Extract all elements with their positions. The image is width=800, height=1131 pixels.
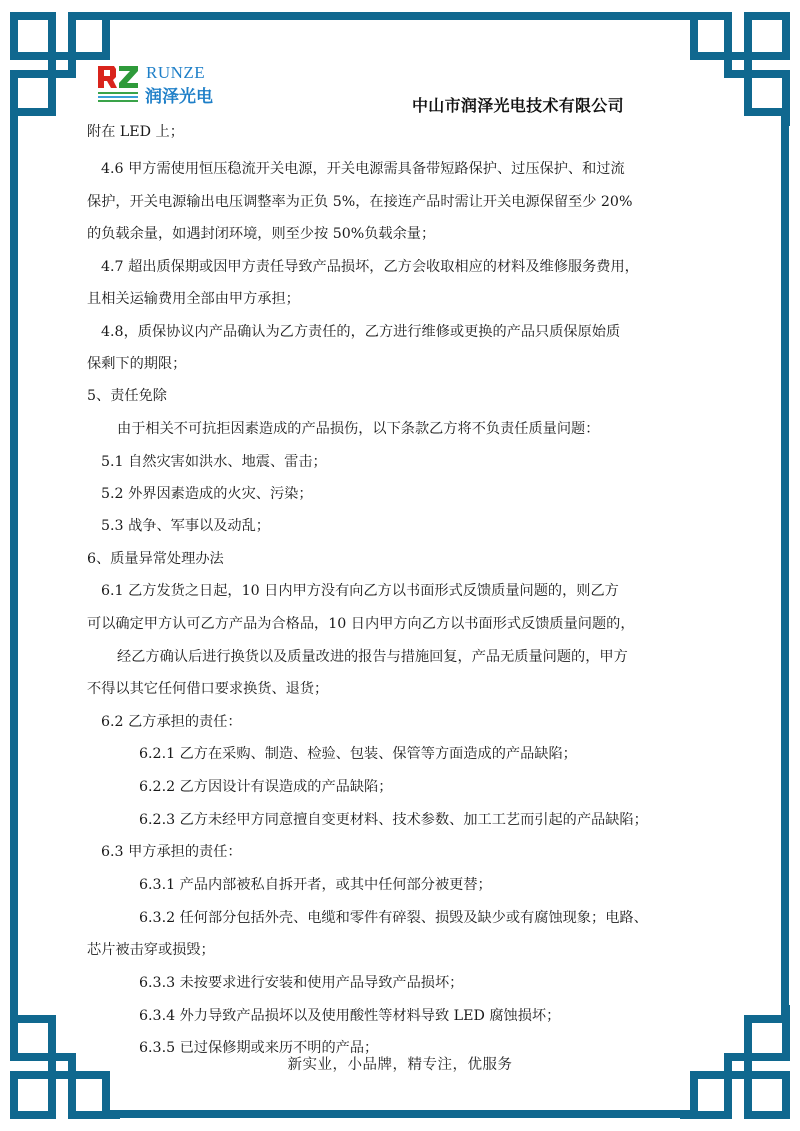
corner-ornament-top-right <box>680 16 786 126</box>
footer-slogan: 新实业，小品牌，精专注，优服务 <box>0 1053 800 1074</box>
logo-name-english: RUNZE <box>146 63 205 83</box>
clause-4-7: 4.7 超出质保期或因甲方责任导致产品损坏，乙方会收取相应的材料及维修服务费用， <box>101 257 639 277</box>
clause-6-2: 6.2 乙方承担的责任： <box>101 712 242 732</box>
clause-6-3-1: 6.3.1 产品内部被私自拆开者，或其中任何部分被更替； <box>139 875 492 895</box>
text-line: 的负载余量，如遇封闭环境，则至少按 50%负载余量； <box>87 224 435 244</box>
clause-6-3: 6.3 甲方承担的责任： <box>101 842 242 862</box>
logo-name-chinese: 润泽光电 <box>145 82 213 107</box>
clause-4-8: 4.8，质保协议内产品确认为乙方责任的，乙方进行维修或更换的产品只质保原始质 <box>101 322 620 342</box>
clause-6-3-3: 6.3.3 未按要求进行安装和使用产品导致产品损坏； <box>139 973 463 993</box>
text-line: 不得以其它任何借口要求换货、退货； <box>87 679 328 699</box>
text-line: 可以确定甲方认可乙方产品为合格品，10 日内甲方向乙方以书面形式反馈质量问题的， <box>87 614 635 634</box>
text-line: 保护，开关电源输出电压调整率为正负 5%，在接连产品时需让开关电源保留至少 20… <box>87 192 632 212</box>
company-logo: RUNZE 润泽光电 <box>96 62 236 106</box>
text-line: 附在 LED 上； <box>87 122 184 142</box>
clause-6-1: 6.1 乙方发货之日起，10 日内甲方没有向乙方以书面形式反馈质量问题的，则乙方 <box>101 581 619 601</box>
text-line: 保剩下的期限； <box>87 354 186 374</box>
clause-6-3-2: 6.3.2 任何部分包括外壳、电缆和零件有碎裂、损毁及缺少或有腐蚀现象；电路、 <box>139 908 648 928</box>
clause-6-2-1: 6.2.1 乙方在采购、制造、检验、包装、保管等方面造成的产品缺陷； <box>139 744 577 764</box>
clause-5-1: 5.1 自然灾害如洪水、地震、雷击； <box>101 452 327 472</box>
rz-logo-mark-icon <box>96 62 140 106</box>
text-line: 芯片被击穿或损毁； <box>87 940 215 960</box>
clause-5-3: 5.3 战争、军事以及动乱； <box>101 516 270 536</box>
section-heading-6: 6、质量异常处理办法 <box>87 549 224 569</box>
clause-6-3-4: 6.3.4 外力导致产品损坏以及使用酸性等材料导致 LED 腐蚀损坏； <box>139 1006 560 1026</box>
company-name-heading: 中山市润泽光电技术有限公司 <box>412 93 624 116</box>
section-5-intro: 由于相关不可抗拒因素造成的产品损伤，以下条款乙方将不负责任质量问题： <box>117 419 599 439</box>
text-line: 经乙方确认后进行换货以及质量改进的报告与措施回复，产品无质量问题的，甲方 <box>117 647 628 667</box>
clause-5-2: 5.2 外界因素造成的火灾、污染； <box>101 484 313 504</box>
clause-6-2-2: 6.2.2 乙方因设计有误造成的产品缺陷； <box>139 777 392 797</box>
clause-4-6: 4.6 甲方需使用恒压稳流开关电源，开关电源需具备带短路保护、过压保护、和过流 <box>101 159 625 179</box>
section-heading-5: 5、责任免除 <box>87 386 167 406</box>
clause-6-2-3: 6.2.3 乙方未经甲方同意擅自变更材料、技术参数、加工工艺而引起的产品缺陷； <box>139 810 648 830</box>
text-line: 且相关运输费用全部由甲方承担； <box>87 289 300 309</box>
